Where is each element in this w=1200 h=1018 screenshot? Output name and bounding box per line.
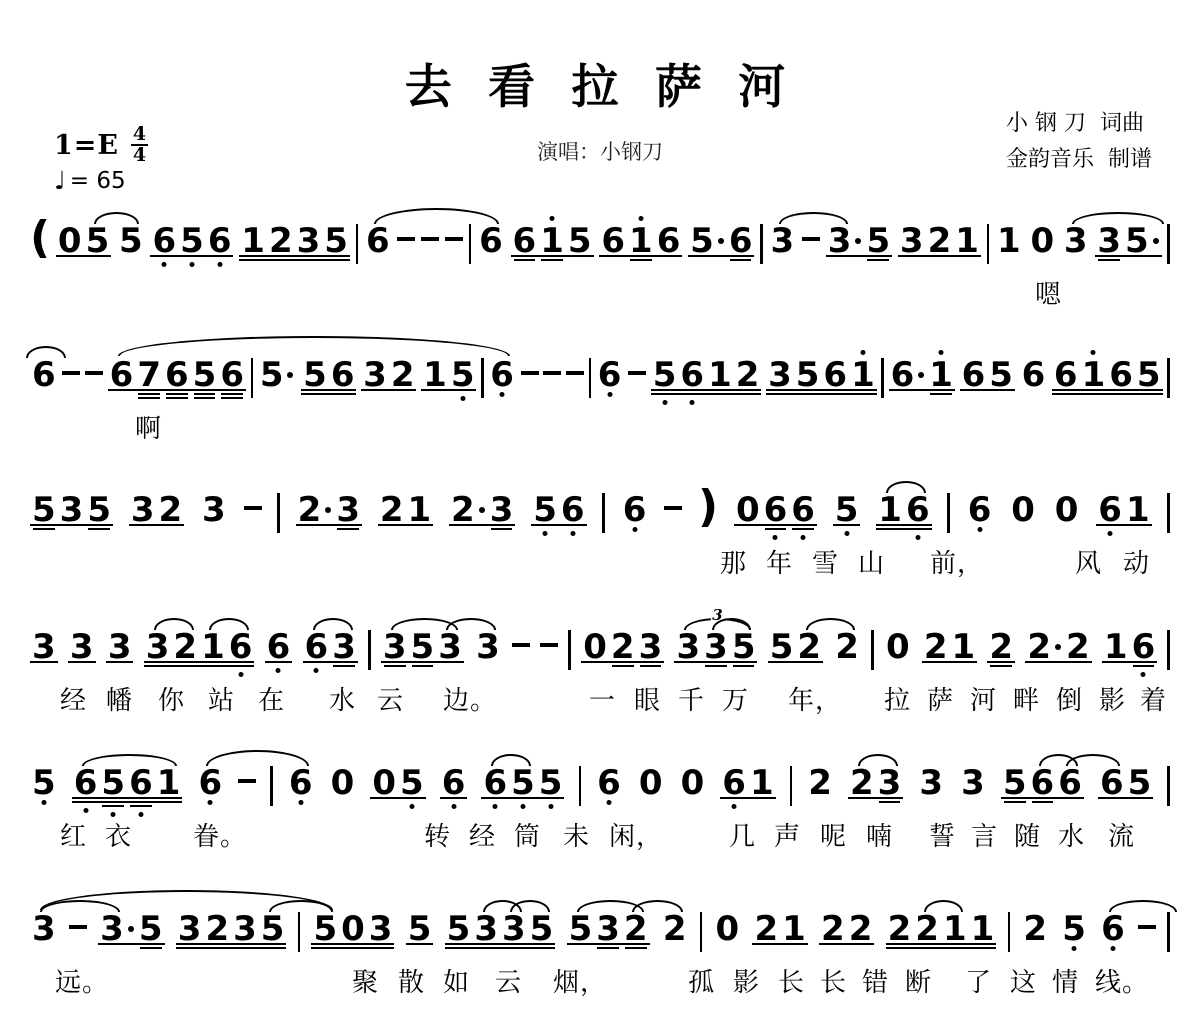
lyric-syllable: 喃 <box>866 816 893 853</box>
dash-unit <box>543 358 561 375</box>
note-digit: 6 <box>1101 912 1125 946</box>
barline <box>602 493 605 533</box>
beam-line <box>301 389 356 391</box>
note-digit: 2 <box>391 358 415 392</box>
note-digit: 5 <box>86 224 110 258</box>
note-digit: 2 <box>821 912 845 946</box>
note-digit: 3 <box>233 912 257 946</box>
note-digit: 2 <box>835 630 859 664</box>
note-digit: 6 <box>1132 630 1156 664</box>
note-group: 05 <box>370 766 425 800</box>
note-digit: 5 <box>324 224 348 258</box>
beam-line <box>56 255 111 257</box>
note-digit: 5 <box>835 493 859 527</box>
note-digit: 5 <box>193 358 217 392</box>
note-group: 6 <box>1099 912 1127 946</box>
note-digit: 1 <box>708 358 732 392</box>
slur-arc <box>374 208 499 224</box>
note-group: 5 <box>258 358 297 392</box>
lyric-syllable: 影 <box>733 962 760 999</box>
lyric-syllable: 雪 <box>812 543 839 580</box>
beam-line <box>72 797 183 799</box>
score-line: 66765655632156656123561616566165啊 <box>30 334 1170 398</box>
beam-line <box>581 661 664 663</box>
beam-line <box>1098 797 1153 799</box>
note-group: 3 <box>106 630 134 664</box>
lyric-syllable: 几 <box>729 816 756 853</box>
octave-dot-below <box>138 812 143 817</box>
sub-beam-line <box>166 397 188 399</box>
dash-unit <box>238 766 256 783</box>
beam-line <box>30 524 113 526</box>
note-group: 655 <box>481 766 564 800</box>
score-line: 3353235503553355322021222211256远。聚散如云烟，孤… <box>30 888 1170 952</box>
lyric-syllable: 转 <box>424 816 451 853</box>
lyric-syllable: 线。 <box>1095 962 1149 999</box>
note-group: 16 <box>1102 630 1157 664</box>
note-digit: 6 <box>962 358 986 392</box>
note-digit: 5 <box>530 912 554 946</box>
barline <box>1167 493 1170 533</box>
note-digit: 2 <box>989 630 1013 664</box>
beam-line <box>406 943 434 945</box>
sub-beam-line <box>765 528 787 530</box>
beam-line <box>381 661 464 663</box>
note-digit: 0 <box>716 912 740 946</box>
sub-beam-line <box>384 665 406 667</box>
note-group: 22 <box>1025 630 1091 664</box>
lyric-syllable: 边。 <box>443 680 497 717</box>
slur-arc <box>82 754 177 766</box>
beam-line <box>960 389 1015 391</box>
sub-beam-line <box>337 528 359 530</box>
lyric-syllable: 聚 <box>352 962 379 999</box>
note-group: 615 <box>511 224 594 258</box>
dash-glyph <box>566 371 584 375</box>
augmentation-dot <box>479 493 486 527</box>
beam-line <box>176 947 287 949</box>
lyric-syllable: 云 <box>495 962 522 999</box>
lyric-syllable: 你 <box>158 680 185 717</box>
sub-beam-line <box>138 397 160 399</box>
parenthesis-symbol: ( <box>30 218 50 258</box>
note-group: 32 <box>129 493 184 527</box>
note-digit: 6 <box>1054 358 1078 392</box>
sub-beam-line <box>130 805 152 807</box>
note-digit: 3 <box>502 912 526 946</box>
note-group: 6 <box>196 766 224 800</box>
sub-beam-line <box>1098 259 1120 261</box>
octave-dot-below <box>83 808 88 813</box>
note-digit: 6 <box>152 224 176 258</box>
sub-beam-line <box>221 397 243 399</box>
note-group: 023 <box>581 630 664 664</box>
note-digit: 6 <box>764 493 788 527</box>
beam-line <box>599 255 682 257</box>
octave-dot-below <box>548 804 553 809</box>
note-group: 3 <box>30 912 58 946</box>
note-group: 16 <box>876 493 931 527</box>
note-digit: 5 <box>180 224 204 258</box>
note-digit: 3 <box>60 493 84 527</box>
note-digit: 1 <box>201 630 225 664</box>
note-digit: 5 <box>119 224 143 258</box>
note-digit: 6 <box>110 358 134 392</box>
note-digit: 3 <box>383 630 407 664</box>
dash-unit <box>69 912 87 929</box>
octave-dot-below <box>314 668 319 673</box>
note-group: 0 <box>1028 224 1056 258</box>
note-group: 56 <box>688 224 754 258</box>
note-digit: 3 <box>771 224 795 258</box>
octave-dot-below <box>500 392 505 397</box>
note-digit: 3 <box>32 630 56 664</box>
note-digit: 3 <box>146 630 170 664</box>
note-digit: 0 <box>639 766 663 800</box>
note-digit: 1 <box>878 493 902 527</box>
note-group: 5 <box>406 912 434 946</box>
note-digit: 2 <box>451 493 475 527</box>
dash-glyph <box>238 779 256 783</box>
note-digit: 3 <box>108 630 132 664</box>
note-group: 321 <box>898 224 981 258</box>
slur-arc <box>510 900 550 912</box>
octave-dot-below <box>690 400 695 405</box>
note-digit: 2 <box>736 358 760 392</box>
barline <box>700 912 703 952</box>
note-group: 67656 <box>108 358 246 392</box>
note-digit: 1 <box>955 224 979 258</box>
beam-line <box>1025 661 1091 663</box>
note-digit: 1 <box>408 493 432 527</box>
note-group: 066 <box>734 493 817 527</box>
sub-beam-line <box>625 947 647 949</box>
note-digit: 1 <box>629 224 653 258</box>
note-digit: 3 <box>369 912 393 946</box>
note-digit: 3 <box>1097 224 1121 258</box>
note-digit: 2 <box>624 912 648 946</box>
octave-dot-above <box>638 216 643 221</box>
note-digit: 3 <box>297 224 321 258</box>
beam-line <box>370 797 425 799</box>
lyric-syllable: 眷。 <box>193 816 247 853</box>
beam-line <box>886 943 997 945</box>
sub-beam-line <box>88 528 110 530</box>
slur-arc <box>154 618 194 630</box>
note-digit: 6 <box>267 630 291 664</box>
dash-glyph <box>421 237 439 241</box>
note-group: 2 <box>1021 912 1049 946</box>
note-group: 6 <box>265 630 293 664</box>
beam-line <box>481 797 564 799</box>
note-group: 6 <box>596 358 624 392</box>
sub-beam-line <box>640 665 662 667</box>
score-line: 535323232123566)06651660061那年雪山前，风动 <box>30 469 1170 533</box>
beam-line <box>674 661 757 663</box>
beam-line <box>30 661 58 663</box>
lyric-syllable: 孤 <box>688 962 715 999</box>
beam-line <box>922 661 977 663</box>
note-digit: 2 <box>298 493 322 527</box>
note-group: 6 <box>30 358 58 392</box>
slur-arc <box>1109 900 1177 912</box>
sub-beam-line <box>541 259 563 261</box>
note-digit: 6 <box>722 766 746 800</box>
note-group: 2 <box>806 766 834 800</box>
note-digit: 3 <box>332 630 356 664</box>
beam-line <box>987 661 1015 663</box>
dash-glyph <box>521 371 539 375</box>
note-digit: 2 <box>1023 912 1047 946</box>
note-digit: 0 <box>58 224 82 258</box>
note-group: 5 <box>117 224 145 258</box>
note-digit: 3 <box>100 912 124 946</box>
lyric-syllable: 万 <box>722 680 749 717</box>
beam-line <box>651 393 762 395</box>
note-digit: 1 <box>943 912 967 946</box>
note-digit: 3 <box>900 224 924 258</box>
dash-glyph <box>628 371 646 375</box>
beam-line <box>98 943 164 945</box>
note-digit: 6 <box>1109 358 1133 392</box>
note-digit: 3 <box>639 630 663 664</box>
dash-glyph <box>244 506 262 510</box>
note-group: 3561 <box>766 358 877 392</box>
note-digit: 6 <box>968 493 992 527</box>
note-group: 22 <box>819 912 874 946</box>
lyric-syllable: 年 <box>766 543 793 580</box>
lyric-syllable: 影 <box>1099 680 1126 717</box>
lyric-syllable: 衣 <box>105 816 132 853</box>
dash-unit <box>512 630 530 647</box>
lyric-syllable: 错 <box>862 962 889 999</box>
beam-line <box>445 947 556 949</box>
beam-line <box>1052 389 1163 391</box>
note-digit: 3 <box>919 766 943 800</box>
beam-line <box>311 947 394 949</box>
slur-arc <box>806 618 855 630</box>
score-line: (0556561235666156165633532110335嗯 <box>30 200 1170 264</box>
note-digit: 6 <box>490 358 514 392</box>
barline <box>356 224 359 264</box>
note-group: 3 <box>917 766 945 800</box>
beam-line <box>720 797 775 799</box>
sub-beam-line <box>1032 801 1054 803</box>
octave-dot-below <box>208 800 213 805</box>
note-digit: 2 <box>1027 630 1051 664</box>
lyric-syllable: 远。 <box>55 962 109 999</box>
note-group: 0 <box>329 766 357 800</box>
note-group: 335 <box>674 630 757 664</box>
lyric-syllable: 长 <box>820 962 847 999</box>
lyric-syllable: 站 <box>208 680 235 717</box>
note-group: 52 <box>768 630 823 664</box>
note-digit: 2 <box>888 912 912 946</box>
lyric-syllable: 眼 <box>634 680 661 717</box>
sub-beam-line <box>1004 801 1026 803</box>
note-digit: 6 <box>729 224 753 258</box>
note-digit: 6 <box>198 766 222 800</box>
note-digit: 1 <box>851 358 875 392</box>
slur-arc <box>886 481 926 493</box>
note-digit: 3 <box>363 358 387 392</box>
sub-beam-line <box>33 528 55 530</box>
note-digit: 6 <box>598 358 622 392</box>
note-digit: 5 <box>989 358 1013 392</box>
barline <box>579 766 582 806</box>
lyric-syllable: 着 <box>1140 680 1167 717</box>
beam-line <box>108 389 246 391</box>
note-group: 6 <box>287 766 315 800</box>
notes-row: (0556561235666156165633532110335 <box>30 200 1170 264</box>
note-digit: 1 <box>241 224 265 258</box>
lyric-syllable: 长 <box>778 962 805 999</box>
sub-beam-line <box>879 801 901 803</box>
slur-arc <box>209 618 249 630</box>
note-group: 2 <box>661 912 689 946</box>
octave-dot-below <box>732 804 737 809</box>
beam-line <box>848 797 903 799</box>
note-digit: 5 <box>539 766 563 800</box>
beam-line <box>303 661 358 663</box>
note-digit: 0 <box>736 493 760 527</box>
note-group: 6 <box>477 224 505 258</box>
note-group: 3 <box>1062 224 1090 258</box>
note-digit: 2 <box>849 912 873 946</box>
note-digit: 1 <box>971 912 995 946</box>
octave-dot-below <box>520 804 525 809</box>
lyric-syllable: 红 <box>60 816 87 853</box>
note-digit: 3 <box>336 493 360 527</box>
octave-dot-above <box>939 350 944 355</box>
note-digit: 6 <box>561 493 585 527</box>
sheet-music-page: { "header": { "title": "去 看 拉 萨 河", "sub… <box>0 0 1200 1018</box>
octave-dot-above <box>1091 350 1096 355</box>
note-digit: 2 <box>850 766 874 800</box>
note-digit: 0 <box>341 912 365 946</box>
beam-line <box>651 389 762 391</box>
note-digit: 5 <box>139 912 163 946</box>
note-digit: 3 <box>1064 224 1088 258</box>
note-group: 6 <box>966 493 994 527</box>
augmentation-dot <box>718 224 725 258</box>
note-group: 0 <box>1009 493 1037 527</box>
dash-glyph <box>1138 925 1156 929</box>
note-digit: 5 <box>260 358 284 392</box>
dash-unit <box>244 493 262 510</box>
note-digit: 5 <box>32 766 56 800</box>
note-digit: 1 <box>997 224 1021 258</box>
note-digit: 2 <box>924 630 948 664</box>
dash-unit <box>62 358 80 375</box>
note-group: 1 <box>995 224 1023 258</box>
barline <box>1167 358 1170 398</box>
note-digit: 6 <box>483 766 507 800</box>
beam-line <box>311 943 394 945</box>
augmentation-dot <box>1055 630 1062 664</box>
lyric-syllable: 筒 <box>514 816 541 853</box>
dash-unit <box>445 224 463 241</box>
lyric-syllable: 千 <box>678 680 705 717</box>
note-digit: 5 <box>411 630 435 664</box>
octave-dot-below <box>460 396 465 401</box>
beam-line <box>876 528 931 530</box>
sub-beam-line <box>792 528 814 530</box>
octave-dot-below <box>607 392 612 397</box>
lyric-syllable: 拉 <box>884 680 911 717</box>
note-group: 0 <box>679 766 707 800</box>
sub-beam-line <box>990 665 1012 667</box>
note-digit: 5 <box>303 358 327 392</box>
sub-beam-line <box>705 665 727 667</box>
slur-arc <box>1072 212 1164 224</box>
dash-glyph <box>397 237 415 241</box>
note-digit: 6 <box>791 493 815 527</box>
lyric-syllable: 萨 <box>927 680 954 717</box>
lyric-syllable: 断 <box>905 962 932 999</box>
note-digit: 5 <box>732 630 756 664</box>
sub-beam-line <box>612 665 634 667</box>
notes-row: 66765655632156656123561616566165 <box>30 334 1170 398</box>
sub-beam-line <box>930 393 952 395</box>
lyric-syllable: 一 <box>589 680 616 717</box>
dash-glyph <box>85 371 103 375</box>
note-group: 0 <box>1053 493 1081 527</box>
note-digit: 6 <box>1100 766 1124 800</box>
beam-line <box>886 947 997 949</box>
note-digit: 6 <box>597 766 621 800</box>
lyric-syllable: 了 <box>965 962 992 999</box>
beam-line <box>826 255 892 257</box>
lyric-syllable: 呢 <box>820 816 847 853</box>
note-group: 353 <box>381 630 464 664</box>
octave-dot-below <box>276 668 281 673</box>
lyric-syllable: 水 <box>1058 816 1085 853</box>
note-digit: 5 <box>533 493 557 527</box>
barline <box>1167 224 1170 264</box>
barline <box>270 766 273 806</box>
note-group: 656 <box>150 224 233 258</box>
note-digit: 5 <box>770 630 794 664</box>
note-digit: 6 <box>823 358 847 392</box>
note-digit: 3 <box>490 493 514 527</box>
sub-beam-line <box>333 665 355 667</box>
note-group: 5 <box>30 766 58 800</box>
note-digit: 1 <box>157 766 181 800</box>
note-group: 0 <box>637 766 665 800</box>
beam-line <box>176 943 287 945</box>
slur-arc <box>858 754 898 766</box>
note-digit: 2 <box>159 493 183 527</box>
slur-arc <box>446 618 496 630</box>
octave-dot-below <box>189 262 194 267</box>
score-line: 33332166633533023335522021222163经幡你站在水云边… <box>30 606 1170 670</box>
beam-line <box>688 255 754 257</box>
notes-row: 535323232123566)06651660061 <box>30 469 1170 533</box>
note-group: 6561 <box>72 766 183 800</box>
beam-line <box>766 389 877 391</box>
beam-line <box>898 255 981 257</box>
note-group: 21 <box>922 630 977 664</box>
note-digit: 5 <box>866 224 890 258</box>
note-group: 3 <box>30 630 58 664</box>
note-digit: 3 <box>202 493 226 527</box>
augmentation-dot <box>855 224 862 258</box>
lyric-syllable: 水 <box>329 680 356 717</box>
beam-line <box>301 393 356 395</box>
sub-beam-line <box>194 397 216 399</box>
slur-arc <box>779 212 848 224</box>
